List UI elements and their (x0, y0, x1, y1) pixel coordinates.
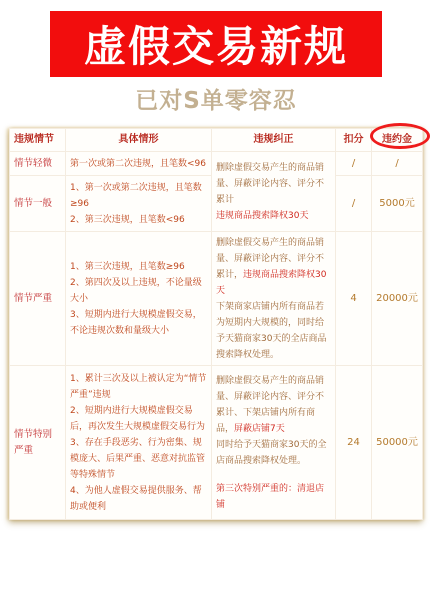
table-header-row: 违规情节 具体情形 违规纠正 扣分 违约金 (10, 129, 423, 152)
level-cell: 情节严重 (10, 232, 66, 366)
points-cell: 4 (336, 232, 372, 366)
header-correction: 违规纠正 (212, 129, 336, 152)
level-cell: 情节特别严重 (10, 366, 66, 520)
points-cell: / (336, 152, 372, 176)
correction-cell: 删除虚假交易产生的商品销量、屏蔽评论内容、评分不累计 违规商品搜索降权30天 (212, 152, 336, 232)
correction-cell: 删除虚假交易产生的商品销量、屏蔽评论内容、评分不累计，违规商品搜索降权30天 下… (212, 232, 336, 366)
correction-cell: 删除虚假交易产生的商品销量、屏蔽评论内容、评分不累计、下架店铺内所有商品，屏蔽店… (212, 366, 336, 520)
situation-cell: 第一次或第二次违规，且笔数<96 (66, 152, 212, 176)
level-cell: 情节一般 (10, 176, 66, 232)
points-cell: 24 (336, 366, 372, 520)
level-cell: 情节轻微 (10, 152, 66, 176)
header-points: 扣分 (336, 129, 372, 152)
highlight-circle (370, 123, 430, 149)
title-banner: 虚假交易新规 (50, 11, 382, 77)
situation-cell: 1、第一次或第二次违规，且笔数≥96 2、第三次违规，且笔数<96 (66, 176, 212, 232)
rules-table: 违规情节 具体情形 违规纠正 扣分 违约金 情节轻微 第一次或第二次违规，且笔数… (9, 128, 423, 520)
table-row: 情节严重 1、第三次违规，且笔数≥96 2、第四次及以上违规，不论量级大小 3、… (10, 232, 423, 366)
banner-title: 虚假交易新规 (84, 14, 348, 74)
points-cell: / (336, 176, 372, 232)
fine-cell: 50000元 (372, 366, 423, 520)
situation-cell: 1、第三次违规，且笔数≥96 2、第四次及以上违规，不论量级大小 3、短期内进行… (66, 232, 212, 366)
table-row: 情节轻微 第一次或第二次违规，且笔数<96 删除虚假交易产生的商品销量、屏蔽评论… (10, 152, 423, 176)
header-level: 违规情节 (10, 129, 66, 152)
fine-cell: 20000元 (372, 232, 423, 366)
situation-cell: 1、累计三次及以上被认定为“情节严重”违规 2、短期内进行大规模虚假交易后，再次… (66, 366, 212, 520)
fine-cell: 5000元 (372, 176, 423, 232)
subtitle: 已对S单零容忍 (0, 82, 432, 115)
table-row: 情节特别严重 1、累计三次及以上被认定为“情节严重”违规 2、短期内进行大规模虚… (10, 366, 423, 520)
header-situation: 具体情形 (66, 129, 212, 152)
rules-table-card: 违规情节 具体情形 违规纠正 扣分 违约金 情节轻微 第一次或第二次违规，且笔数… (9, 128, 422, 520)
fine-cell: / (372, 152, 423, 176)
